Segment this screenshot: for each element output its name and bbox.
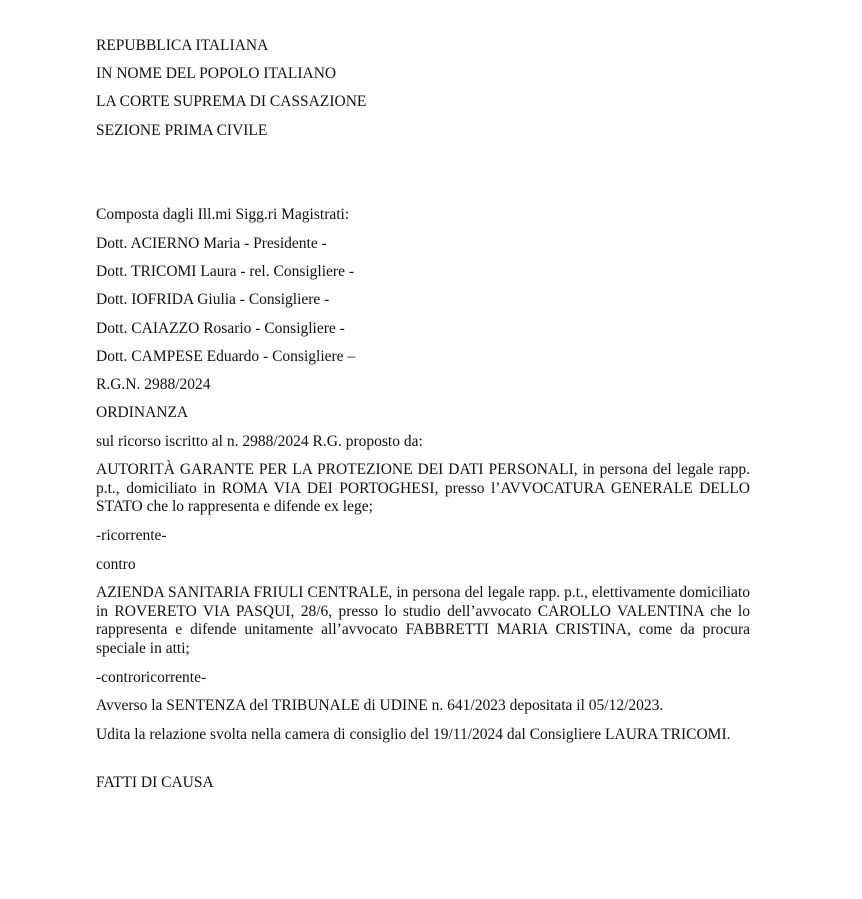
document-type: ORDINANZA xyxy=(96,404,188,422)
case-number: R.G.N. 2988/2024 xyxy=(96,376,211,394)
header-court: LA CORTE SUPREMA DI CASSAZIONE xyxy=(96,93,366,111)
udita-paragraph: Udita la relazione svolta nella camera d… xyxy=(96,726,750,745)
magistrate-president: Dott. ACIERNO Maria - Presidente - xyxy=(96,235,327,253)
controricorrente-paragraph: AZIENDA SANITARIA FRIULI CENTRALE, in pe… xyxy=(96,584,750,658)
contro-label: contro xyxy=(96,556,136,574)
magistrate-counsellor-2: Dott. CAIAZZO Rosario - Consigliere - xyxy=(96,320,345,338)
section-heading: FATTI DI CAUSA xyxy=(96,774,214,792)
ricorrente-label: -ricorrente- xyxy=(96,527,167,545)
header-people: IN NOME DEL POPOLO ITALIANO xyxy=(96,65,336,83)
magistrate-counsellor-1: Dott. IOFRIDA Giulia - Consigliere - xyxy=(96,291,329,309)
magistrate-counsellor-3: Dott. CAMPESE Eduardo - Consigliere – xyxy=(96,348,355,366)
header-section: SEZIONE PRIMA CIVILE xyxy=(96,122,267,140)
controricorrente-label: -controricorrente- xyxy=(96,669,206,687)
ricorso-intro: sul ricorso iscritto al n. 2988/2024 R.G… xyxy=(96,433,423,451)
header-republic: REPUBBLICA ITALIANA xyxy=(96,37,268,55)
magistrate-rapporteur: Dott. TRICOMI Laura - rel. Consigliere - xyxy=(96,263,354,281)
ricorrente-paragraph: AUTORITÀ GARANTE PER LA PROTEZIONE DEI D… xyxy=(96,461,750,517)
avverso-sentence: Avverso la SENTENZA del TRIBUNALE di UDI… xyxy=(96,697,663,715)
composition-intro: Composta dagli Ill.mi Sigg.ri Magistrati… xyxy=(96,206,349,224)
